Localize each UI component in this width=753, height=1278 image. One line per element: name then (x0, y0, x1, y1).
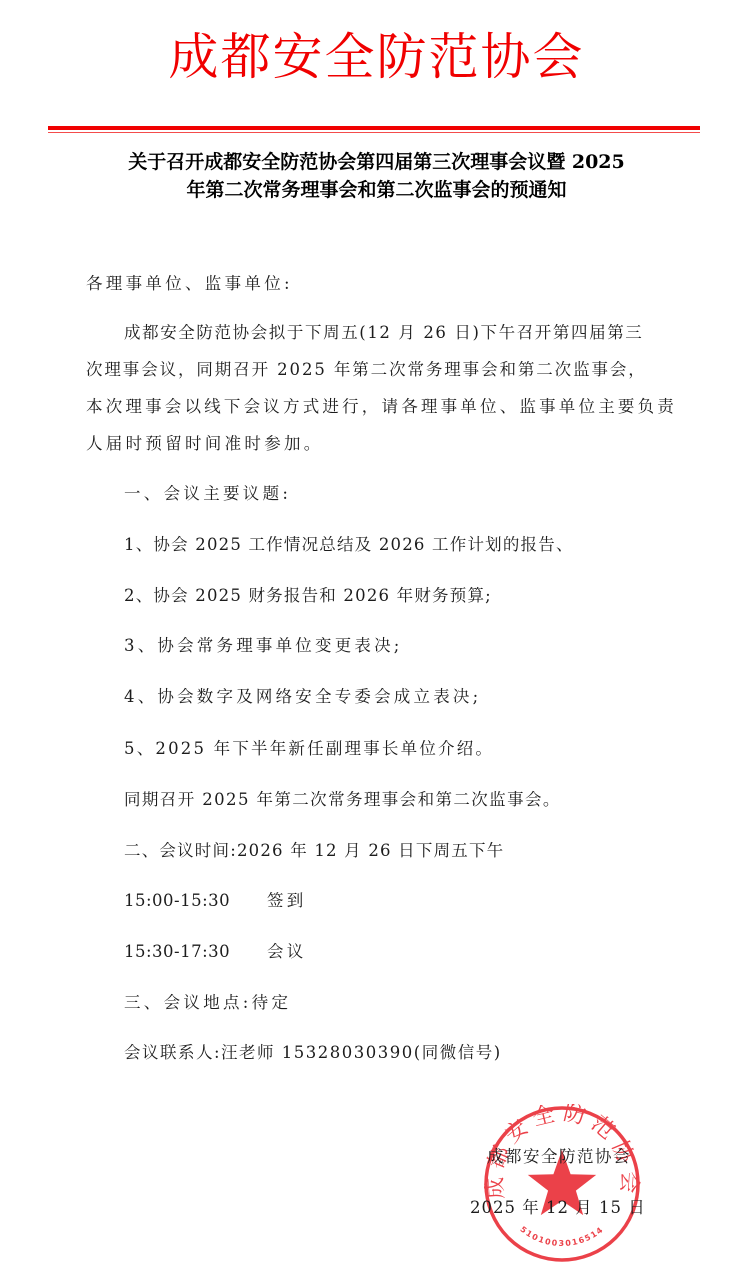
agenda-item-1: 1、协会 2025 工作情况总结及 2026 工作计划的报告、 (124, 534, 574, 556)
document-title-line-1: 关于召开成都安全防范协会第四届第三次理事会议暨 2025 (0, 148, 753, 176)
schedule-time-2: 15:30-17:30 (124, 941, 230, 963)
salutation: 各理事单位、监事单位: (86, 273, 293, 295)
schedule-activity-1: 签到 (267, 890, 307, 912)
document-title-line-2: 年第二次常务理事会和第二次监事会的预通知 (0, 176, 753, 204)
intro-line-4: 人届时预留时间准时参加。 (86, 433, 324, 455)
intro-line-2: 次理事会议，同期召开 2025 年第二次常务理事会和第二次监事会， (86, 359, 647, 381)
letterhead-rule-thick (48, 126, 700, 130)
agenda-item-4: 4、协会数字及网络安全专委会成立表决; (124, 686, 481, 708)
agenda-item-3: 3、协会常务理事单位变更表决; (124, 635, 403, 657)
seal-icon: 成都安全防范协会 5101003016514 (482, 1104, 642, 1264)
section-time-heading: 二、会议时间:2026 年 12 月 26 日下周五下午 (124, 840, 504, 862)
org-letterhead-title: 成都安全防范协会 (0, 24, 753, 90)
intro-line-3: 本次理事会以线下会议方式进行，请各理事单位、监事单位主要负责 (86, 396, 677, 418)
agenda-item-5: 5、2025 年下半年新任副理事长单位介绍。 (124, 738, 494, 760)
section-location-heading: 三、会议地点:待定 (124, 992, 291, 1014)
section-agenda-heading: 一、会议主要议题: (124, 483, 291, 505)
agenda-item-2: 2、协会 2025 财务报告和 2026 年财务预算; (124, 585, 492, 607)
seal-code-text: 5101003016514 (518, 1225, 605, 1248)
contact-info: 会议联系人:汪老师 15328030390(同微信号) (124, 1042, 502, 1064)
official-seal-stamp: 成都安全防范协会 5101003016514 (482, 1104, 642, 1264)
schedule-activity-2: 会议 (267, 941, 307, 963)
letterhead-rule-thin (48, 132, 700, 133)
intro-line-1: 成都安全防范协会拟于下周五(12 月 26 日)下午召开第四届第三 (124, 322, 643, 344)
signature-org: 成都安全防范协会 (487, 1146, 631, 1168)
svg-text:5101003016514: 5101003016514 (518, 1225, 605, 1248)
concurrent-meetings-note: 同期召开 2025 年第二次常务理事会和第二次监事会。 (124, 789, 561, 811)
schedule-time-1: 15:00-15:30 (124, 890, 230, 912)
signature-date: 2025 年 12 月 15 日 (470, 1197, 646, 1219)
